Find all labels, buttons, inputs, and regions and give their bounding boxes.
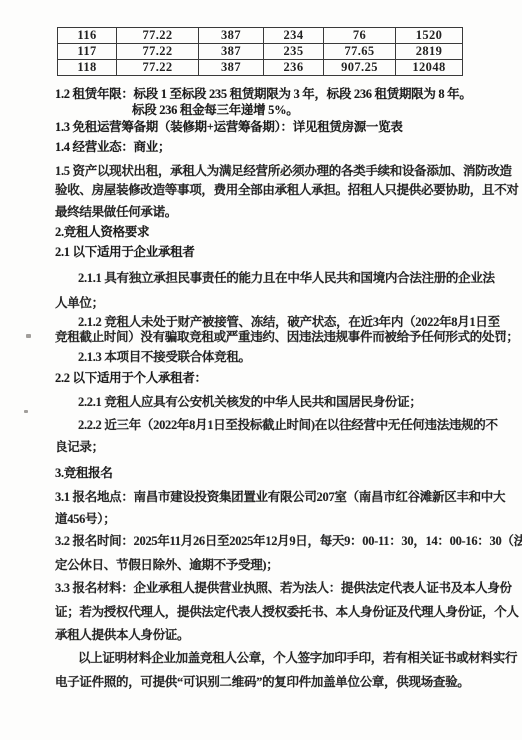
table-cell: 76	[324, 28, 396, 44]
table-cell: 117	[58, 44, 117, 60]
clause-3-3-line2: 证；若为授权代理人，提供法定代表人授权委托书、本人身份证及代理人身份证，个人	[55, 604, 519, 620]
heading-2-qualification: 2.竞租人资格要求	[55, 224, 149, 240]
scan-speck	[26, 334, 31, 338]
clause-3-3-line1: 3.3 报名材料：企业承租人提供营业执照、若为法人：提供法定代表人证书及本人身份	[55, 580, 512, 596]
clause-1-4: 1.4 经营业态：商业；	[55, 139, 170, 155]
table-cell: 235	[264, 44, 324, 60]
table-cell: 12048	[396, 60, 463, 76]
clause-1-5-line1: 1.5 资产以现状出租，承租人为满足经营所必须办理的各类手续和设备添加、消防改造	[55, 163, 512, 179]
table-cell: 1520	[396, 28, 463, 44]
clause-3-1-line2: 道456号）；	[55, 511, 115, 527]
heading-2-1-enterprise: 2.1 以下适用于企业承租者	[55, 244, 195, 260]
clause-2-1-2-line1: 2.1.2 竞租人未处于财产被接管、冻结，破产状态，在近3年内（2022年8月1…	[78, 314, 500, 330]
lot-table: 116 77.22 387 234 76 1520 117 77.22 387 …	[57, 27, 463, 76]
table-row: 117 77.22 387 235 77.65 2819	[58, 44, 463, 60]
clause-2-2-1: 2.2.1 竞租人应具有公安机关核发的中华人民共和国居民身份证；	[78, 394, 422, 410]
clause-2-1-1-line2: 人单位；	[55, 295, 104, 311]
table-cell: 907.25	[324, 60, 396, 76]
clause-3-2-line1: 3.2 报名时间：2025年11月26日至2025年12月9日，每天9：00-1…	[55, 533, 522, 549]
scanned-document-page: 116 77.22 387 234 76 1520 117 77.22 387 …	[0, 0, 522, 740]
table-cell: 2819	[396, 44, 463, 60]
table-cell: 77.22	[117, 28, 199, 44]
table-row: 116 77.22 387 234 76 1520	[58, 28, 463, 44]
table-cell: 118	[58, 60, 117, 76]
table-cell: 387	[199, 44, 264, 60]
clause-3-2-line2: 定公休日、节假日除外、逾期不予受理)；	[55, 557, 278, 573]
table-cell: 234	[264, 28, 324, 44]
table-row: 118 77.22 387 236 907.25 12048	[58, 60, 463, 76]
clause-3-3-line3: 承租人提供本人身份证。	[55, 627, 189, 643]
table-cell: 77.65	[324, 44, 396, 60]
heading-3-registration: 3.竞租报名	[55, 465, 113, 481]
clause-1-2-line2: 标段 236 租金每三年递增 5%。	[132, 102, 298, 118]
table-cell: 387	[199, 28, 264, 44]
clause-2-1-3: 2.1.3 本项目不接受联合体竞租。	[78, 349, 251, 365]
table-cell: 77.22	[117, 44, 199, 60]
table-cell: 236	[264, 60, 324, 76]
closing-para-line2: 电子证件照的，可提供“可识别二维码”的复印件加盖单位公章，供现场查验。	[55, 674, 470, 690]
clause-2-1-1-line1: 2.1.1 具有独立承担民事责任的能力且在中华人民共和国境内合法注册的企业法	[78, 270, 495, 286]
heading-2-2-individual: 2.2 以下适用于个人承租者：	[55, 370, 207, 386]
clause-3-1-line1: 3.1 报名地点：南昌市建设投资集团置业有限公司207室（南昌市红谷滩新区丰和中…	[55, 489, 505, 505]
clause-1-3: 1.3 免租运营筹备期（装修期+运营筹备期）：详见租赁房源一览表	[55, 119, 403, 135]
clause-2-1-2-line2: 竞租截止时间）没有骗取竞租或严重违约、因违法违规事件而被给予任何形式的处罚；	[55, 329, 519, 345]
clause-1-2-line1: 1.2 租赁年限：标段 1 至标段 235 租赁期限为 3 年，标段 236 租…	[55, 86, 472, 102]
closing-para-line1: 以上证明材料企业加盖竞租人公章，个人签字加印手印，若有相关证书或材料实行	[78, 650, 517, 666]
clause-1-5-line3: 最终结果做任何承诺。	[55, 204, 177, 220]
scan-speck	[24, 410, 28, 413]
table-cell: 387	[199, 60, 264, 76]
clause-2-2-2-line1: 2.2.2 近三年（2022年8月1日至投标截止时间)在以往经营中无任何违法违规…	[78, 417, 498, 433]
table-cell: 77.22	[117, 60, 199, 76]
table-cell: 116	[58, 28, 117, 44]
clause-2-2-2-line2: 良记录；	[55, 439, 104, 455]
clause-1-5-line2: 验收、房屋装修改造等事项，费用全部由承租人承担。招租人只提供必要协助，且不对	[55, 182, 519, 198]
